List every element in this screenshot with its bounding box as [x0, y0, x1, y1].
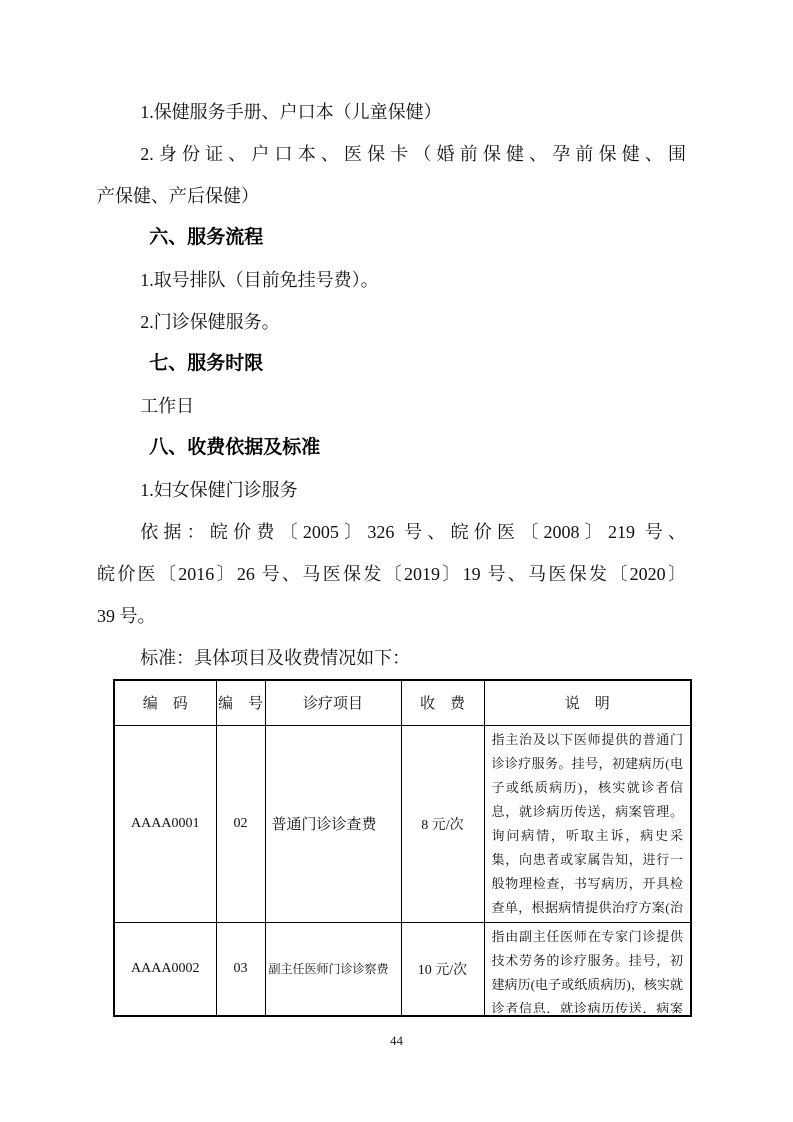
item-cell: 副主任医师门诊诊察费 — [265, 922, 401, 1016]
page-content: 1.保健服务手册、户口本（儿童保健） 2.身份证、户口本、医保卡（婚前保健、孕前… — [97, 91, 686, 1017]
body-line: 2.门诊保健服务。 — [97, 301, 686, 343]
number-cell: 03 — [216, 922, 265, 1016]
section-heading: 八、收费依据及标准 — [97, 427, 686, 469]
body-line: 1.妇女保健门诊服务 — [97, 469, 686, 511]
body-line: 1.保健服务手册、户口本（儿童保健） — [97, 91, 686, 133]
description-text: 指主治及以下医师提供的普通门诊诊疗服务。挂号，初建病历(电子或纸质病历)，核实就… — [492, 728, 684, 920]
col-header-fee: 收 费 — [401, 680, 484, 725]
description-text: 指由副主任医师在专家门诊提供技术劳务的诊疗服务。挂号，初建病历(电子或纸质病历)… — [492, 925, 684, 1013]
body-line: 依据：皖价费〔2005〕326 号、皖价医〔2008〕219 号、 — [97, 511, 686, 553]
section-heading: 六、服务流程 — [97, 217, 686, 259]
body-line: 标准：具体项目及收费情况如下： — [97, 637, 686, 679]
code-cell: AAAA0002 — [114, 922, 216, 1016]
body-line: 2.身份证、户口本、医保卡（婚前保健、孕前保健、围 — [97, 133, 686, 175]
body-line: 39 号。 — [97, 595, 686, 637]
number-cell: 02 — [216, 725, 265, 922]
description-cell: 指主治及以下医师提供的普通门诊诊疗服务。挂号，初建病历(电子或纸质病历)，核实就… — [484, 725, 691, 922]
body-line: 1.取号排队（目前免挂号费）。 — [97, 259, 686, 301]
col-header-item: 诊疗项目 — [265, 680, 401, 725]
fee-table: 编 码 编 号 诊疗项目 收 费 说 明 AAAA0001 02 普通门诊诊查费… — [113, 679, 692, 1017]
body-line: 皖价医〔2016〕26 号、马医保发〔2019〕19 号、马医保发〔2020〕 — [97, 553, 686, 595]
col-header-number: 编 号 — [216, 680, 265, 725]
header-row: 编 码 编 号 诊疗项目 收 费 说 明 — [114, 680, 691, 725]
document-page: { "document": { "body_lines": [ { "text"… — [0, 0, 793, 1122]
description-cell: 指由副主任医师在专家门诊提供技术劳务的诊疗服务。挂号，初建病历(电子或纸质病历)… — [484, 922, 691, 1016]
body-line: 产保健、产后保健） — [97, 175, 686, 217]
col-header-code: 编 码 — [114, 680, 216, 725]
section-heading: 七、服务时限 — [97, 343, 686, 385]
fee-cell: 10 元/次 — [401, 922, 484, 1016]
table-row: AAAA0002 03 副主任医师门诊诊察费 10 元/次 指由副主任医师在专家… — [114, 922, 691, 1016]
page-number: 44 — [0, 1033, 793, 1049]
body-line: 工作日 — [97, 385, 686, 427]
item-cell: 普通门诊诊查费 — [265, 725, 401, 922]
col-header-description: 说 明 — [484, 680, 691, 725]
fee-cell: 8 元/次 — [401, 725, 484, 922]
table-row: AAAA0001 02 普通门诊诊查费 8 元/次 指主治及以下医师提供的普通门… — [114, 725, 691, 922]
code-cell: AAAA0001 — [114, 725, 216, 922]
